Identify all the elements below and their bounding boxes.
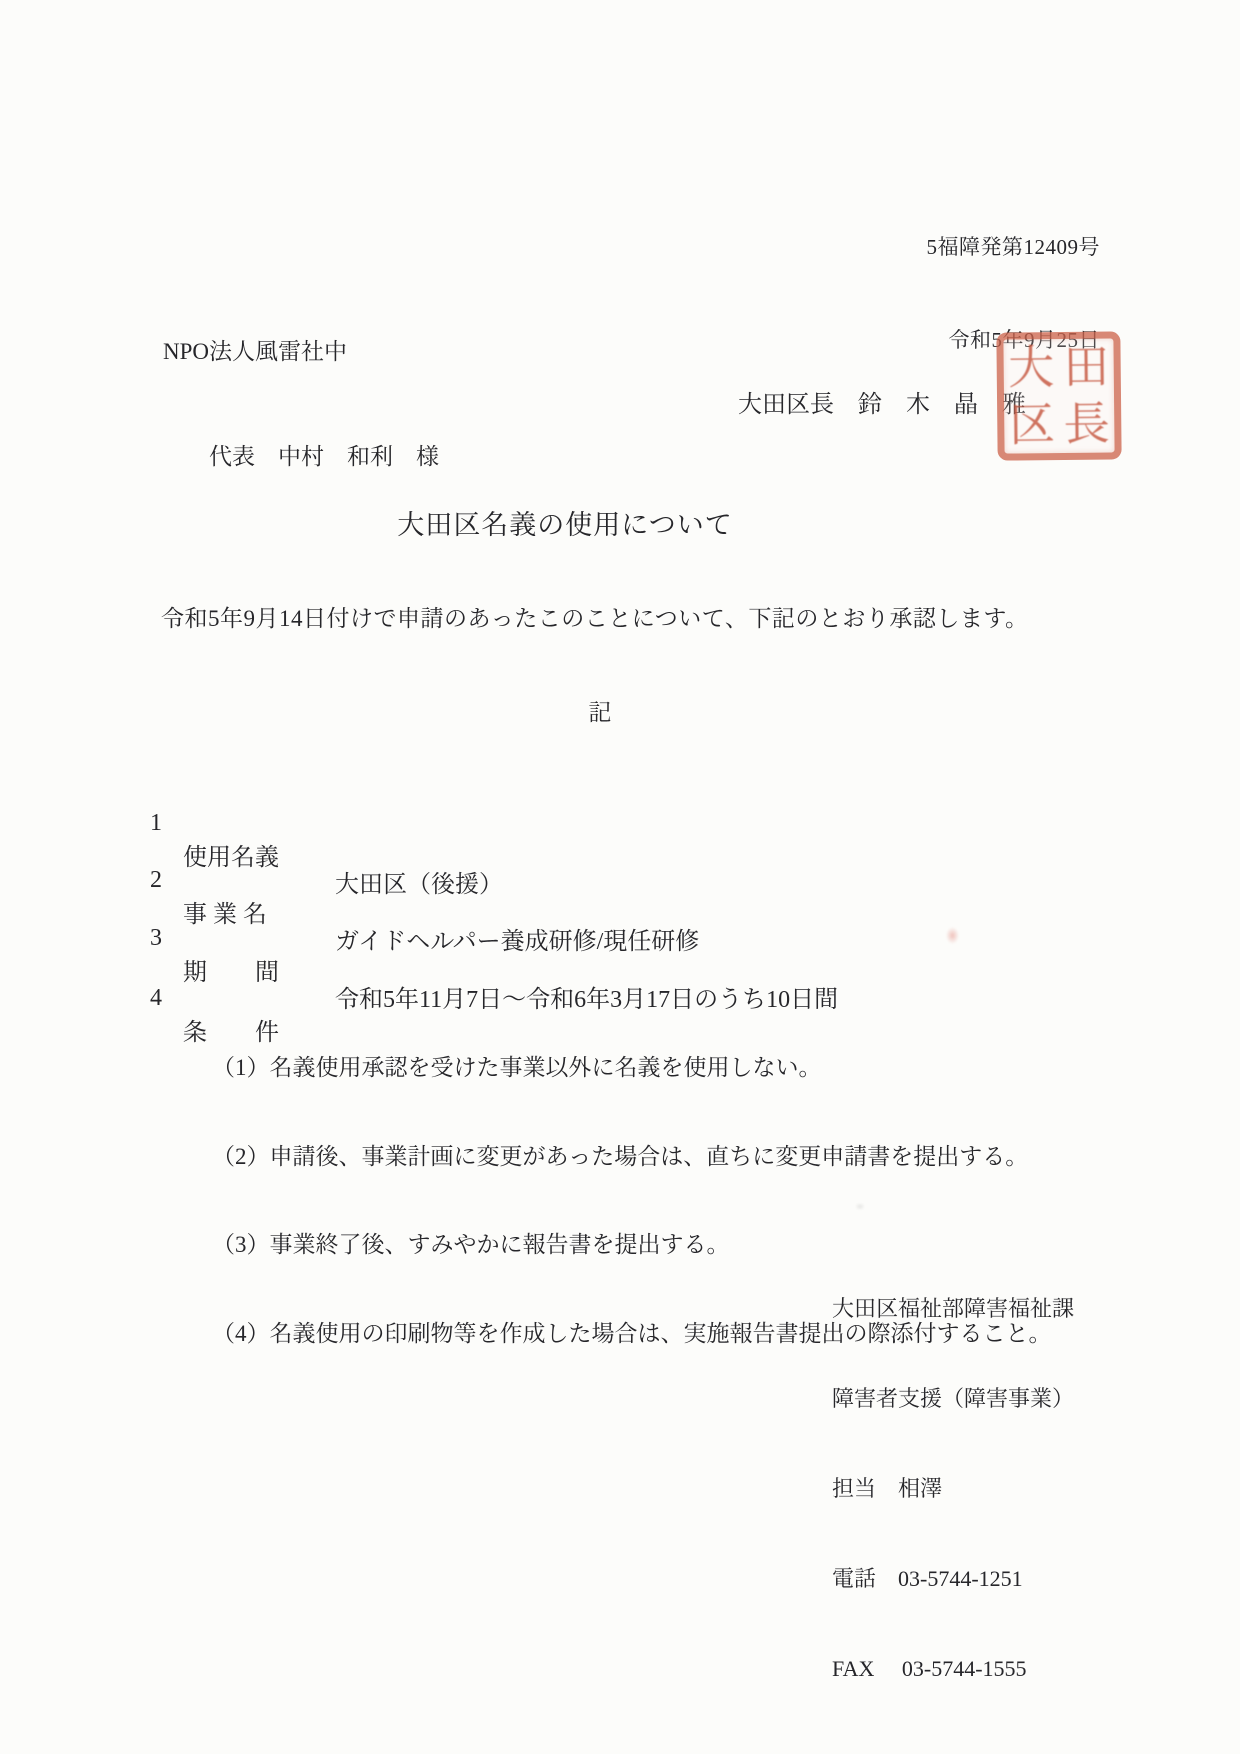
scan-artifact-gray [855,1203,865,1210]
mayor-seal-stamp-icon: 大 田 区 長 [996,331,1121,460]
item-label: 事 業 名 [183,894,267,929]
condition-line-2: （2）申請後、事業計画に変更があった場合は、直ちに変更申請書を提出する。 [212,1142,1052,1172]
seal-char-top-left: 大 [1003,339,1059,397]
contact-telephone: 電話 03-5744-1251 [832,1564,1074,1594]
contact-block: 大田区福祉部障害福祉課 障害者支援（障害事業） 担当 相澤 電話 03-5744… [832,1234,1074,1744]
item-value: 大田区（後援） [335,864,503,899]
contact-fax: FAX 03-5744-1555 [832,1654,1074,1684]
seal-char-top-right: 田 [1058,338,1114,396]
contact-department: 大田区福祉部障害福祉課 [832,1294,1074,1324]
addressee-block: NPO法人風雷社中 代表 中村 和利 様 [163,264,439,544]
document-number: 5福障発第12409号 [927,232,1101,263]
item-label: 使用名義 [183,837,279,872]
addressee-representative: 代表 中村 和利 様 [163,439,439,474]
ki-heading: 記 [0,694,1200,727]
item-number: 4 [150,985,162,1012]
item-row-4: 4 条 件 [0,958,24,1093]
sender-name-line: 大田区長 鈴 木 晶 雅 [738,384,1026,419]
contact-person: 担当 相澤 [832,1474,1074,1504]
seal-char-bottom-right: 長 [1059,395,1115,453]
item-label: 期 間 [183,952,279,987]
item-number: 2 [150,867,162,894]
item-number: 3 [150,925,162,952]
item-value: ガイドヘルパー養成研修/現任研修 [335,921,699,956]
condition-line-1: （1）名義使用承認を受けた事業以外に名義を使用しない。 [212,1053,1052,1083]
body-paragraph: 令和5年9月14日付けで申請のあったこのことについて、下記のとおり承認します。 [161,600,1029,633]
item-number: 1 [150,810,162,837]
scanned-document-page: 5福障発第12409号 令和5年9月25日 NPO法人風雷社中 代表 中村 和利… [0,0,1240,1754]
addressee-organization: NPO法人風雷社中 [163,334,439,369]
scan-artifact-pink [946,927,959,944]
document-title: 大田区名義の使用について [0,503,1130,542]
seal-char-bottom-left: 区 [1004,396,1060,454]
contact-section: 障害者支援（障害事業） [832,1384,1074,1414]
